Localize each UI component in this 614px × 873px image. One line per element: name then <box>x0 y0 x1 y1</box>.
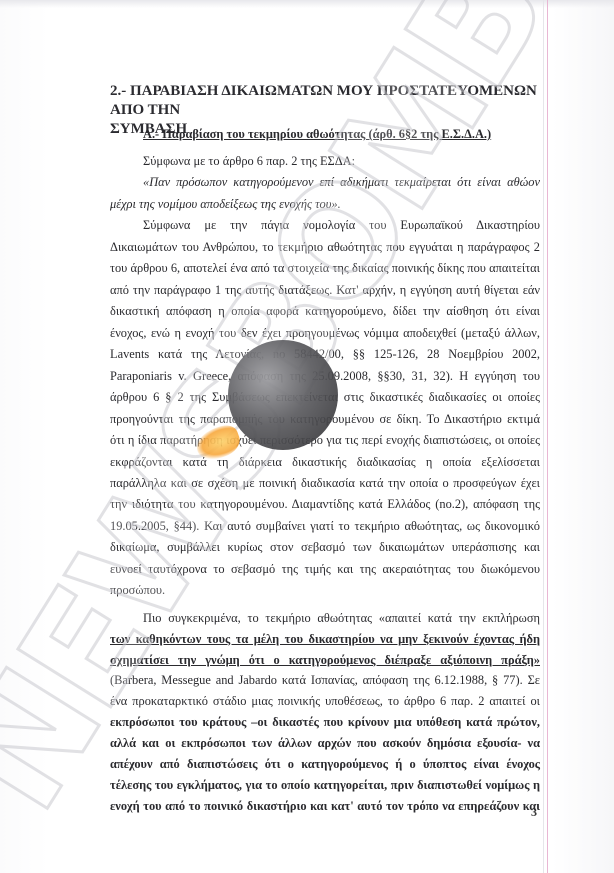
body-line: την ιδιότητα του κατηγορουμένου. Διαμαντ… <box>110 496 540 512</box>
body-line: από την παράγραφο 1 της αυτής διατάξεως.… <box>110 282 540 298</box>
body-line: δικαίωμα, συμβάλλει κυρίως στον σεβασμό … <box>110 539 540 555</box>
body-line: Lavents κατά της Λετονίας, no 58442/00, … <box>110 346 540 362</box>
subheading: Α.- Παραβίαση του τεκμηρίου αθωότητας (ά… <box>143 126 540 142</box>
scan-shadow <box>0 0 614 8</box>
body-line: του άρθρου 6, αποτελεί ένα από τα στοιχε… <box>110 260 540 276</box>
body-line: (Barbera, Messegue and Jabardo κατά Ισπα… <box>110 672 540 688</box>
body-line: ένα προκαταρκτικό στάδιο μιας ποινικής υ… <box>110 693 540 709</box>
body-line: 19.05.2005, §44). Και αυτό συμβαίνει για… <box>110 518 540 534</box>
heading-line-1: 2.- ΠΑΡΑΒΙΑΣΗ ΔΙΚΑΙΩΜΑΤΩΝ ΜΟΥ ΠΡΟΣΤΑΤΕΥΟ… <box>110 82 550 120</box>
body-line: αλλά και οι εκπρόσωποι των άλλων αρχών π… <box>110 735 540 751</box>
body-line: Paraponiaris v. Greece, απόφαση της 25.0… <box>110 368 540 384</box>
document-page: 2.- ΠΑΡΑΒΙΑΣΗ ΔΙΚΑΙΩΜΑΤΩΝ ΜΟΥ ΠΡΟΣΤΑΤΕΥΟ… <box>0 0 614 873</box>
body-line: εκπρόσωποι του κράτους –οι δικαστές που … <box>110 714 540 730</box>
body-line: τέλεσης του εγκλήματος, για το οποίο κατ… <box>110 777 540 793</box>
body-line: προσώπου. <box>110 582 540 598</box>
body-line: Πιο συγκεκριμένα, το τεκμήριο αθωότητας … <box>143 610 540 626</box>
body-line: Δικαιωμάτων του Ανθρώπου, το τεκμήριο αθ… <box>110 239 540 255</box>
body-line: Σύμφωνα με την πάγια νομολογία του Ευρωπ… <box>143 217 540 233</box>
body-line: ένοχος, ενώ η ενοχή του δεν έχει προηγου… <box>110 325 540 341</box>
body-line: παράλληλα και σε σχέση με ποινική διαδικ… <box>110 475 540 491</box>
body-line: προηγούνται της παραπομπής του κατηγορου… <box>110 411 540 427</box>
body-line: Σύμφωνα με το άρθρο 6 παρ. 2 της ΕΣΔΑ: <box>143 153 540 169</box>
body-line: μέχρι της νομίμου αποδείξεως της ενοχής … <box>110 196 540 212</box>
body-line: των καθηκόντων τους τα μέλη του δικαστηρ… <box>110 631 540 647</box>
body-line: δικαστική απόφαση η οποία αφορά κατηγορο… <box>110 303 540 319</box>
page-number: 3 <box>531 805 537 820</box>
body-line: άρθρου 6 § 2 της Συμβάσεως επεκτείνεται … <box>110 389 540 405</box>
body-line: σχηματίσει την γνώμη ότι ο κατηγορούμενο… <box>110 652 540 668</box>
body-line: ενοχή του από το ποινικό δικαστήριο και … <box>110 798 540 814</box>
body-line: «Παν πρόσωπον κατηγορούμενον επί αδικήμα… <box>143 174 540 190</box>
body-line: ευνοεί ταυτόχρονα το σεβασμό της τιμής κ… <box>110 561 540 577</box>
body-line: εκφράζονται κατά τη διάρκεια δικαστικής … <box>110 454 540 470</box>
body-line: ότι η ίδια παρατήρηση ισχύει περισσότερο… <box>110 432 540 448</box>
body-line: απέχουν από διαπιστώσεις ότι ο κατηγορού… <box>110 756 540 772</box>
